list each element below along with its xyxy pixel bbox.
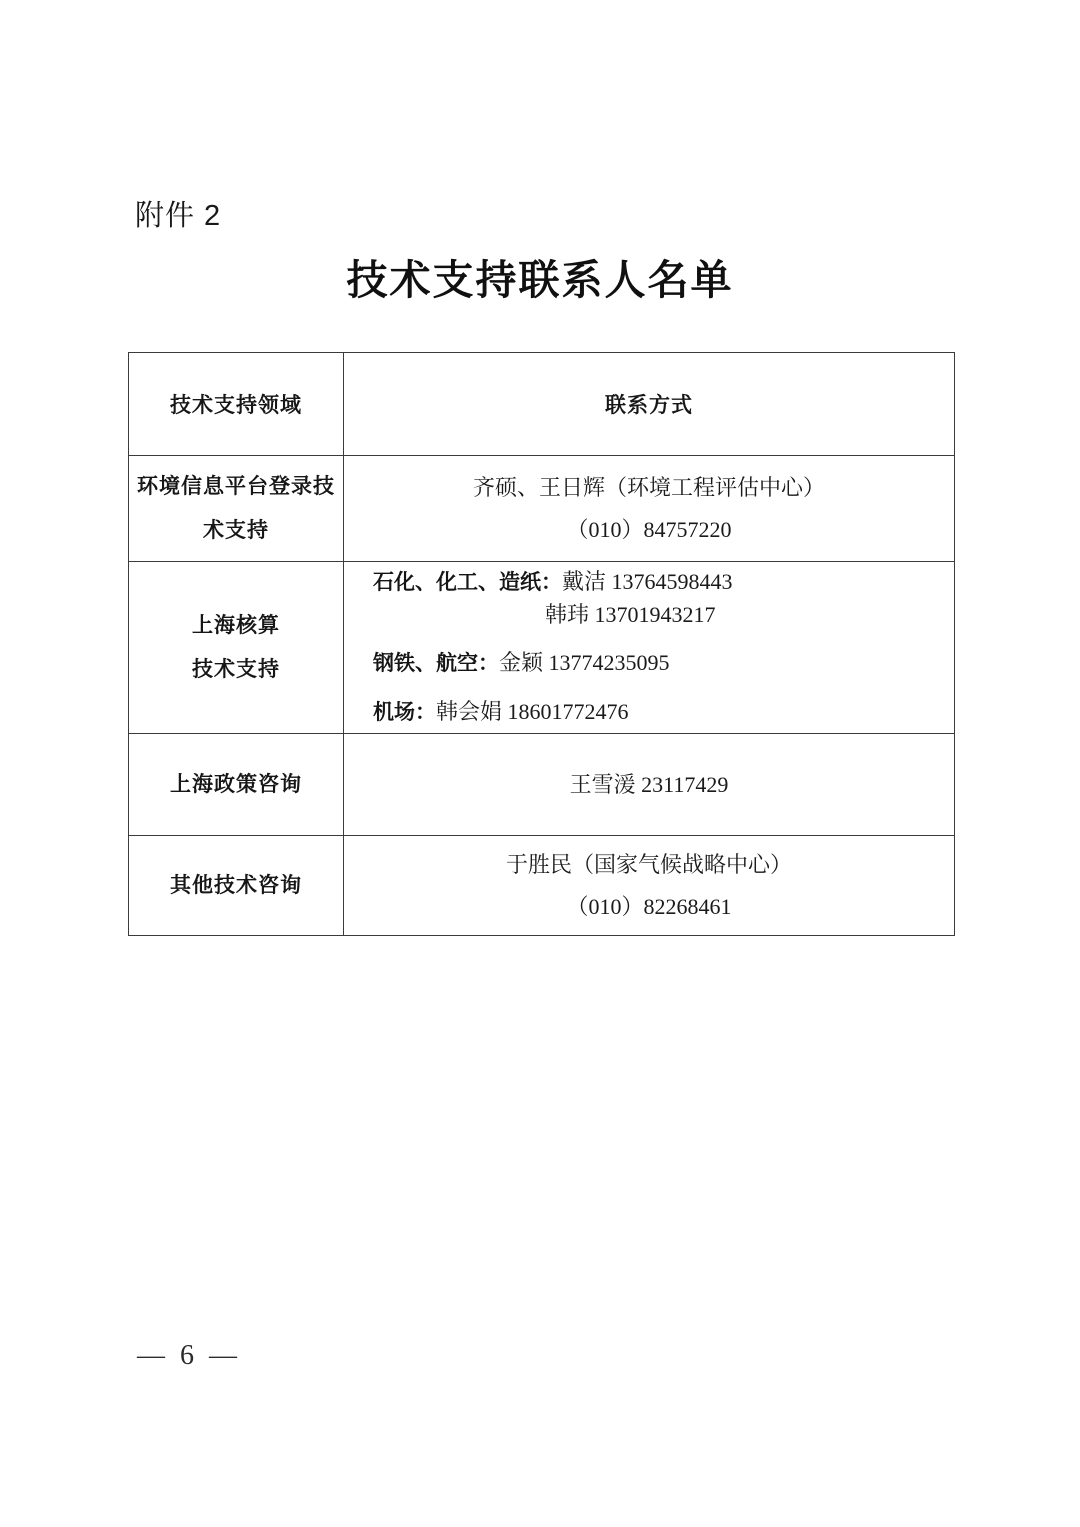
- table-header-row: 技术支持领域 联系方式: [129, 353, 955, 456]
- contact-phone: （010）82268461: [344, 886, 954, 928]
- document-page: 附件 2 技术支持联系人名单 技术支持领域 联系方式 环境信息平台登录技术支持 …: [0, 0, 1080, 1527]
- area-line: 技术支持: [130, 648, 342, 692]
- contact-phone: （010）84757220: [344, 509, 954, 551]
- header-cell-contact-method: 联系方式: [344, 353, 955, 456]
- contact-line-steel-aviation: 钢铁、航空：金颖 13774235095: [344, 648, 954, 679]
- contact-line-petrochemical: 石化、化工、造纸：戴洁 13764598443: [344, 567, 954, 598]
- table-row-shanghai-accounting: 上海核算 技术支持 石化、化工、造纸：戴洁 13764598443 韩玮 137…: [129, 562, 955, 734]
- contact-line: 齐硕、王日辉（环境工程评估中心）: [344, 467, 954, 509]
- area-cell-platform-login: 环境信息平台登录技术支持: [129, 456, 344, 562]
- area-cell-shanghai-accounting: 上海核算 技术支持: [129, 562, 344, 734]
- area-cell-shanghai-policy: 上海政策咨询: [129, 734, 344, 836]
- contact-cell-other-consulting: 于胜民（国家气候战略中心） （010）82268461: [344, 836, 955, 936]
- table-row-platform-login: 环境信息平台登录技术支持 齐硕、王日辉（环境工程评估中心） （010）84757…: [129, 456, 955, 562]
- contact-person-phone: 韩会娟 18601772476: [436, 699, 629, 724]
- header-cell-support-area: 技术支持领域: [129, 353, 344, 456]
- contact-line: 于胜民（国家气候战略中心）: [344, 844, 954, 886]
- contact-person-phone: 戴洁 13764598443: [562, 569, 733, 594]
- contact-cell-platform-login: 齐硕、王日辉（环境工程评估中心） （010）84757220: [344, 456, 955, 562]
- contact-cell-shanghai-policy: 王雪湲 23117429: [344, 734, 955, 836]
- contact-table: 技术支持领域 联系方式 环境信息平台登录技术支持 齐硕、王日辉（环境工程评估中心…: [128, 352, 955, 936]
- page-title: 技术支持联系人名单: [0, 247, 1080, 306]
- contact-person-phone: 金颖 13774235095: [499, 650, 670, 675]
- contact-line-petrochemical-2: 韩玮 13701943217: [344, 600, 954, 630]
- area-cell-other-consulting: 其他技术咨询: [129, 836, 344, 936]
- area-line: 上海核算: [130, 604, 342, 648]
- contact-person-phone: 韩玮 13701943217: [545, 602, 716, 627]
- sector-label: 钢铁、航空：: [373, 652, 499, 675]
- sector-label: 机场：: [373, 701, 436, 724]
- contact-cell-shanghai-accounting: 石化、化工、造纸：戴洁 13764598443 韩玮 13701943217 钢…: [344, 562, 955, 734]
- sector-label: 石化、化工、造纸：: [373, 571, 562, 594]
- table-row-other-consulting: 其他技术咨询 于胜民（国家气候战略中心） （010）82268461: [129, 836, 955, 936]
- page-number: — 6 —: [137, 1340, 241, 1372]
- attachment-label: 附件 2: [135, 193, 221, 234]
- contact-line-airport: 机场：韩会娟 18601772476: [344, 697, 954, 728]
- table-row-shanghai-policy: 上海政策咨询 王雪湲 23117429: [129, 734, 955, 836]
